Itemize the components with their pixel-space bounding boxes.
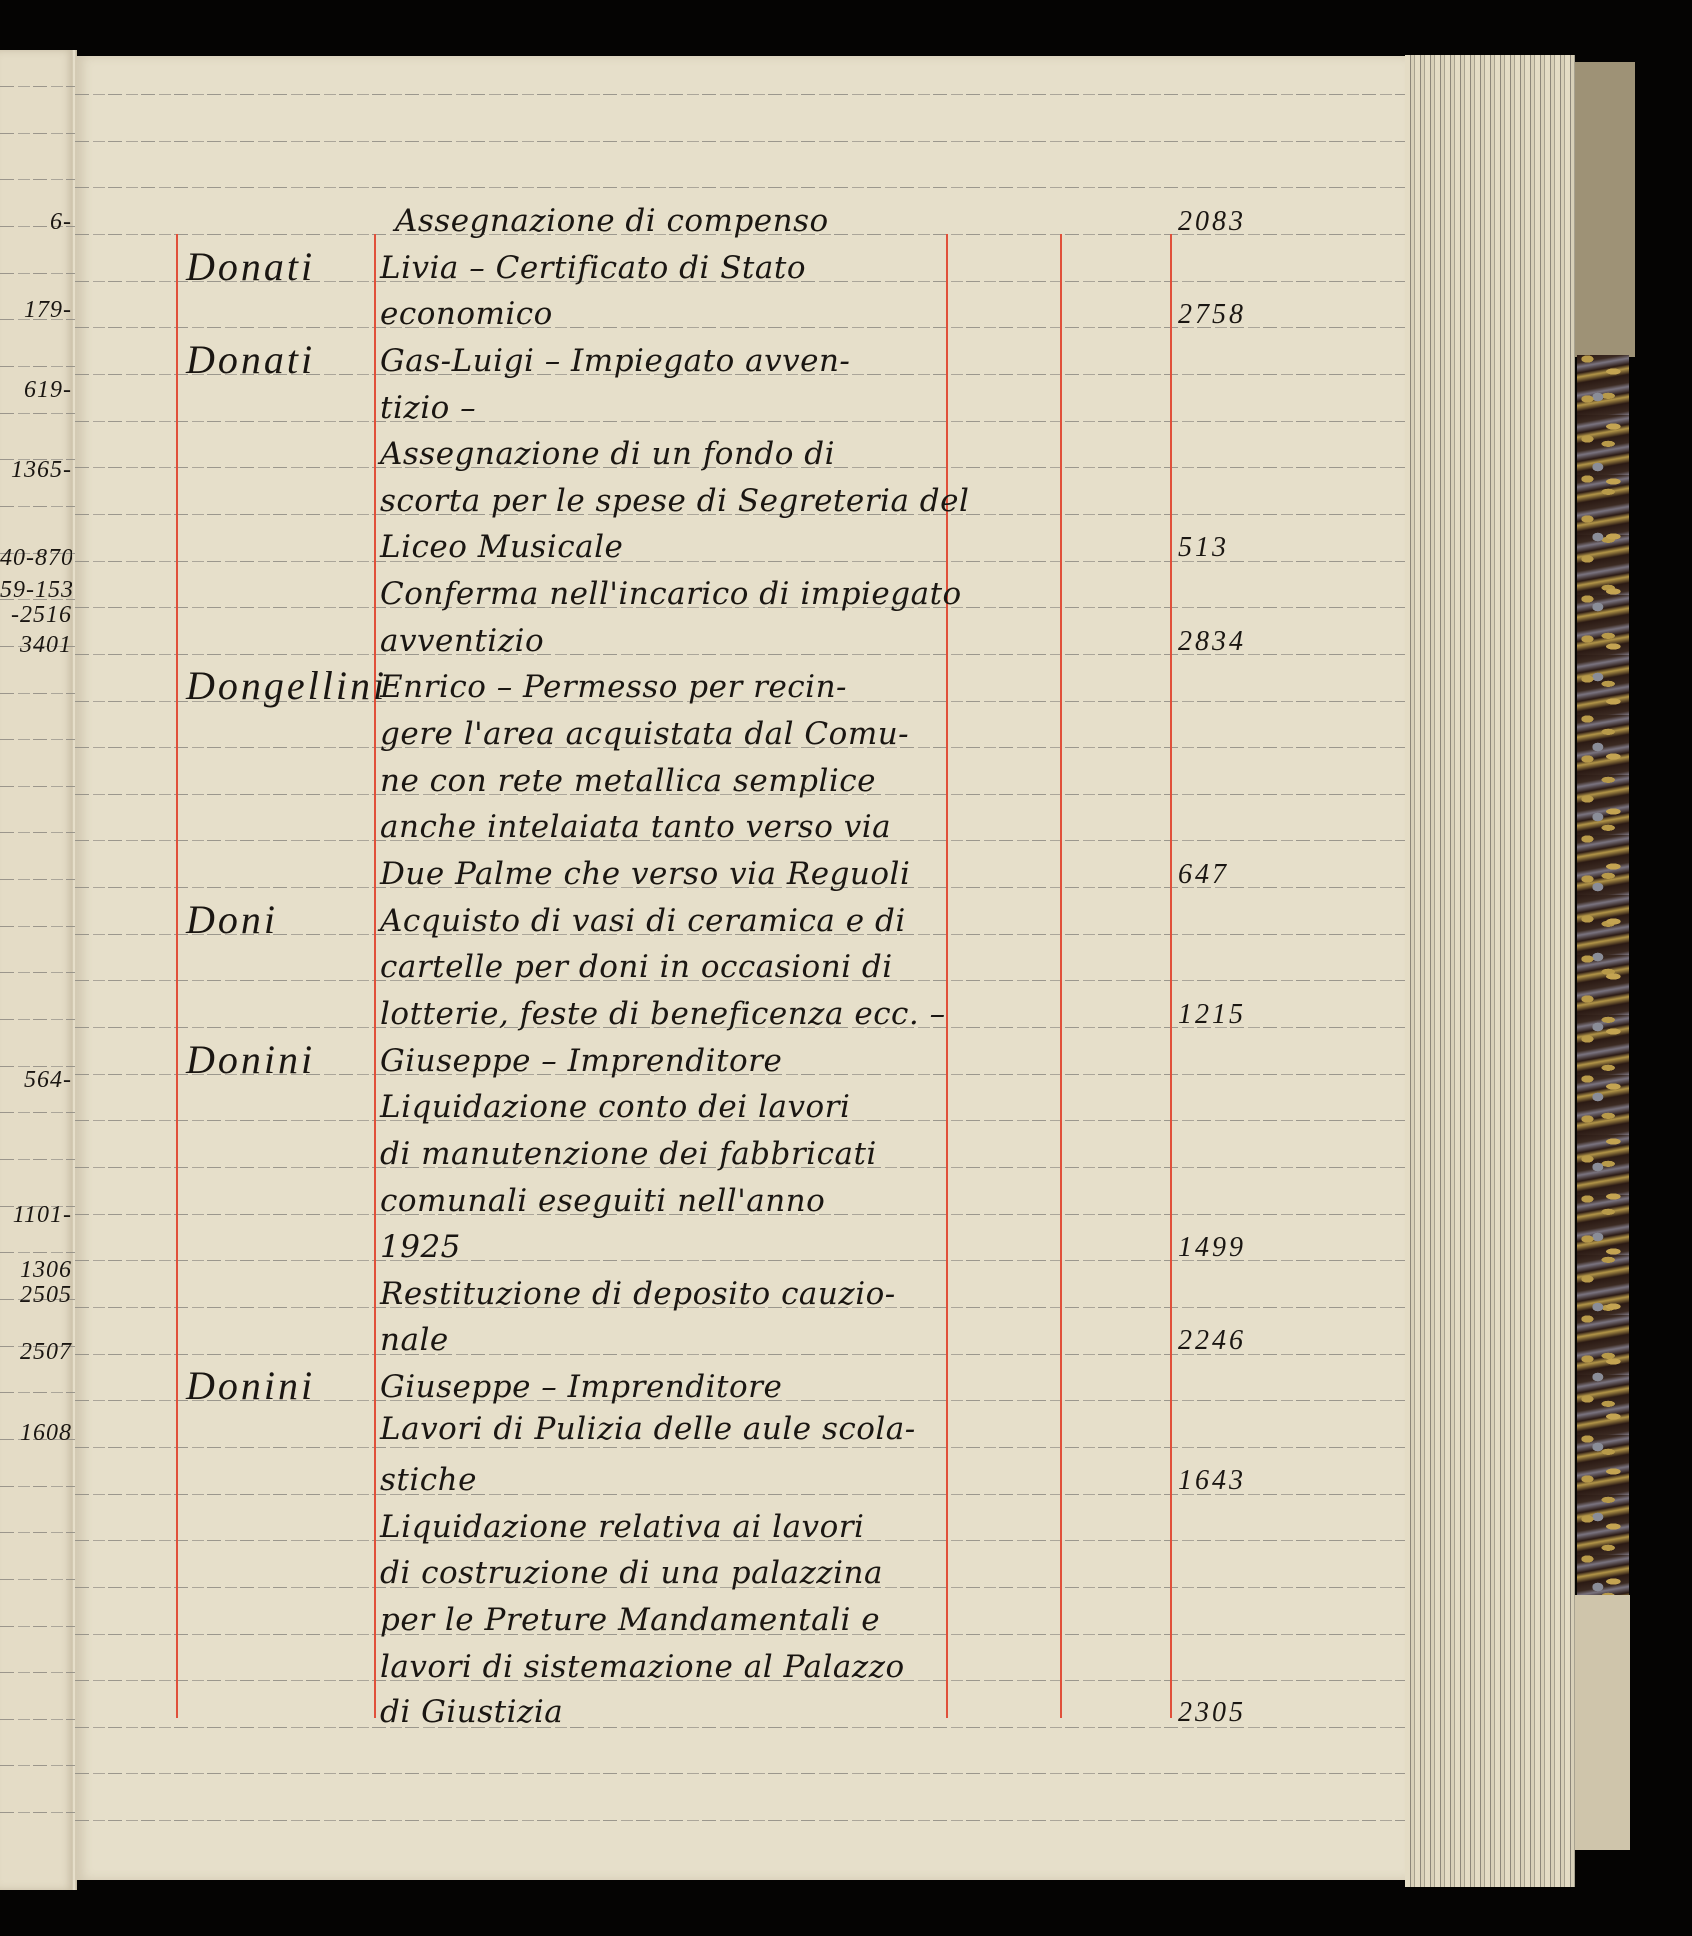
left-page-number: 59-1530 (0, 578, 72, 602)
left-page-number: 2507 (0, 1340, 72, 1364)
rule-line (0, 693, 75, 694)
marbled-cover (1577, 355, 1629, 1600)
entry-description-line: gere l'area acquistata dal Comu- (380, 719, 909, 750)
page-fold (72, 50, 76, 1890)
entry-reference-number: 2758 (1178, 301, 1246, 329)
entry-description-line: di costruzione di una palazzina (380, 1558, 883, 1589)
red-rule-column-mid (1060, 234, 1062, 1718)
entry-description-line: Giuseppe – Imprenditore (380, 1372, 782, 1403)
rule-line (0, 1626, 75, 1627)
rule-line (0, 1532, 75, 1533)
rule-line (75, 1773, 1405, 1774)
rule-line (0, 86, 75, 87)
left-page-number: 1101- (0, 1203, 72, 1227)
red-rule-description-right (946, 234, 948, 1718)
entry-reference-number: 1215 (1178, 1001, 1246, 1029)
rule-line (0, 1486, 75, 1487)
rule-line (0, 832, 75, 833)
left-page-number: 179- (0, 298, 72, 322)
entry-description-line: comunali eseguiti nell'anno (380, 1186, 825, 1217)
rule-line (75, 187, 1405, 188)
entry-description-line: Conferma nell'incarico di impiegato (380, 579, 962, 610)
entry-surname: Dongellini (186, 666, 387, 706)
entry-description-line: Liceo Musicale (380, 532, 623, 563)
left-page-number: 2505 (0, 1283, 72, 1307)
left-page-number: 3401 (0, 633, 72, 657)
left-page (0, 50, 77, 1890)
entry-surname: Donati (186, 340, 315, 380)
rule-line (0, 1672, 75, 1673)
entry-reference-number: 1499 (1178, 1234, 1246, 1262)
rule-line (75, 421, 1405, 422)
rule-line (0, 133, 75, 134)
entry-description-line: lavori di sistemazione al Palazzo (380, 1652, 905, 1683)
entry-surname: Donini (186, 1366, 315, 1406)
rule-line (75, 1820, 1405, 1821)
entry-reference-number: 2246 (1178, 1327, 1246, 1355)
entry-description-line: Enrico – Permesso per recin- (380, 672, 847, 703)
rule-line (0, 1159, 75, 1160)
rule-line (0, 972, 75, 973)
rule-line (75, 1447, 1405, 1448)
entry-description-line: di manutenzione dei fabbricati (380, 1139, 877, 1170)
rule-line (0, 786, 75, 787)
entry-description-line: Livia – Certificato di Stato (380, 253, 806, 284)
rule-line (0, 1252, 75, 1253)
entry-description-line: Assegnazione di compenso (395, 206, 829, 237)
rule-line (0, 879, 75, 880)
left-page-number: 1306 (0, 1258, 72, 1282)
entry-description-line: Restituzione di deposito cauzio- (380, 1279, 896, 1310)
entry-reference-number: 2834 (1178, 628, 1246, 656)
entry-description-line: scorta per le spese di Segreteria del (380, 486, 969, 517)
entry-description-line: lotterie, feste di beneficenza ecc. – (380, 999, 946, 1030)
rule-line (0, 1719, 75, 1720)
rule-line (0, 1019, 75, 1020)
entry-description-line: cartelle per doni in occasioni di (380, 952, 893, 983)
cover-corner-bottom (1575, 1595, 1630, 1850)
entry-description-line: Gas-Luigi – Impiegato avven- (380, 346, 850, 377)
entry-description-line: economico (380, 299, 553, 330)
entry-description-line: di Giustizia (380, 1697, 563, 1728)
entry-description-line: per le Preture Mandamentali e (380, 1605, 880, 1636)
entry-description-line: anche intelaiata tanto verso via (380, 812, 891, 843)
cover-corner-top (1575, 62, 1635, 357)
entry-description-line: nale (380, 1325, 449, 1356)
entry-description-line: ne con rete metallica semplice (380, 766, 876, 797)
left-page-number: 1365- (0, 458, 72, 482)
rule-line (0, 1765, 75, 1766)
entry-description-line: Due Palme che verso via Reguoli (380, 859, 910, 890)
red-rule-surname-left (176, 234, 178, 1718)
entry-description-line: Lavori di Pulizia delle aule scola- (380, 1414, 916, 1445)
entry-description-line: stiche (380, 1465, 477, 1496)
entry-description-line: Assegnazione di un fondo di (380, 439, 835, 470)
rule-line (0, 739, 75, 740)
entry-description-line: Liquidazione conto dei lavori (380, 1092, 850, 1123)
left-page-number: 6- (0, 210, 72, 234)
rule-line (0, 506, 75, 507)
entry-description-line: Liquidazione relativa ai lavori (380, 1512, 864, 1543)
rule-line (75, 141, 1405, 142)
rule-line (0, 179, 75, 180)
entry-surname: Donini (186, 1040, 315, 1080)
rule-line (0, 1812, 75, 1813)
entry-surname: Donati (186, 247, 315, 287)
entry-reference-number: 2083 (1178, 208, 1246, 236)
entry-reference-number: 1643 (1178, 1467, 1246, 1495)
left-page-number: -2516 (0, 603, 72, 627)
rule-line (0, 1579, 75, 1580)
entry-description-line: avventizio (380, 626, 544, 657)
page-edges (1405, 55, 1575, 1887)
entry-reference-number: 647 (1178, 861, 1229, 889)
rule-line (75, 94, 1405, 95)
rule-line (0, 1392, 75, 1393)
entry-description-line: 1925 (380, 1232, 461, 1263)
left-page-number: 564- (0, 1068, 72, 1092)
entry-description-line: tizio – (380, 393, 476, 424)
left-page-number: 619- (0, 378, 72, 402)
rule-line (0, 1066, 75, 1067)
red-rule-reference (1170, 234, 1172, 1718)
red-rule-description-left (374, 234, 376, 1718)
left-page-number: 1608 (0, 1421, 72, 1445)
entry-description-line: Acquisto di vasi di ceramica e di (380, 906, 906, 937)
rule-line (0, 366, 75, 367)
entry-reference-number: 2305 (1178, 1699, 1246, 1727)
entry-reference-number: 513 (1178, 534, 1229, 562)
entry-surname: Doni (186, 900, 278, 940)
rule-line (0, 926, 75, 927)
rule-line (0, 413, 75, 414)
rule-line (0, 273, 75, 274)
rule-line (0, 1112, 75, 1113)
left-page-number: 40-870 (0, 546, 72, 570)
entry-description-line: Giuseppe – Imprenditore (380, 1046, 782, 1077)
